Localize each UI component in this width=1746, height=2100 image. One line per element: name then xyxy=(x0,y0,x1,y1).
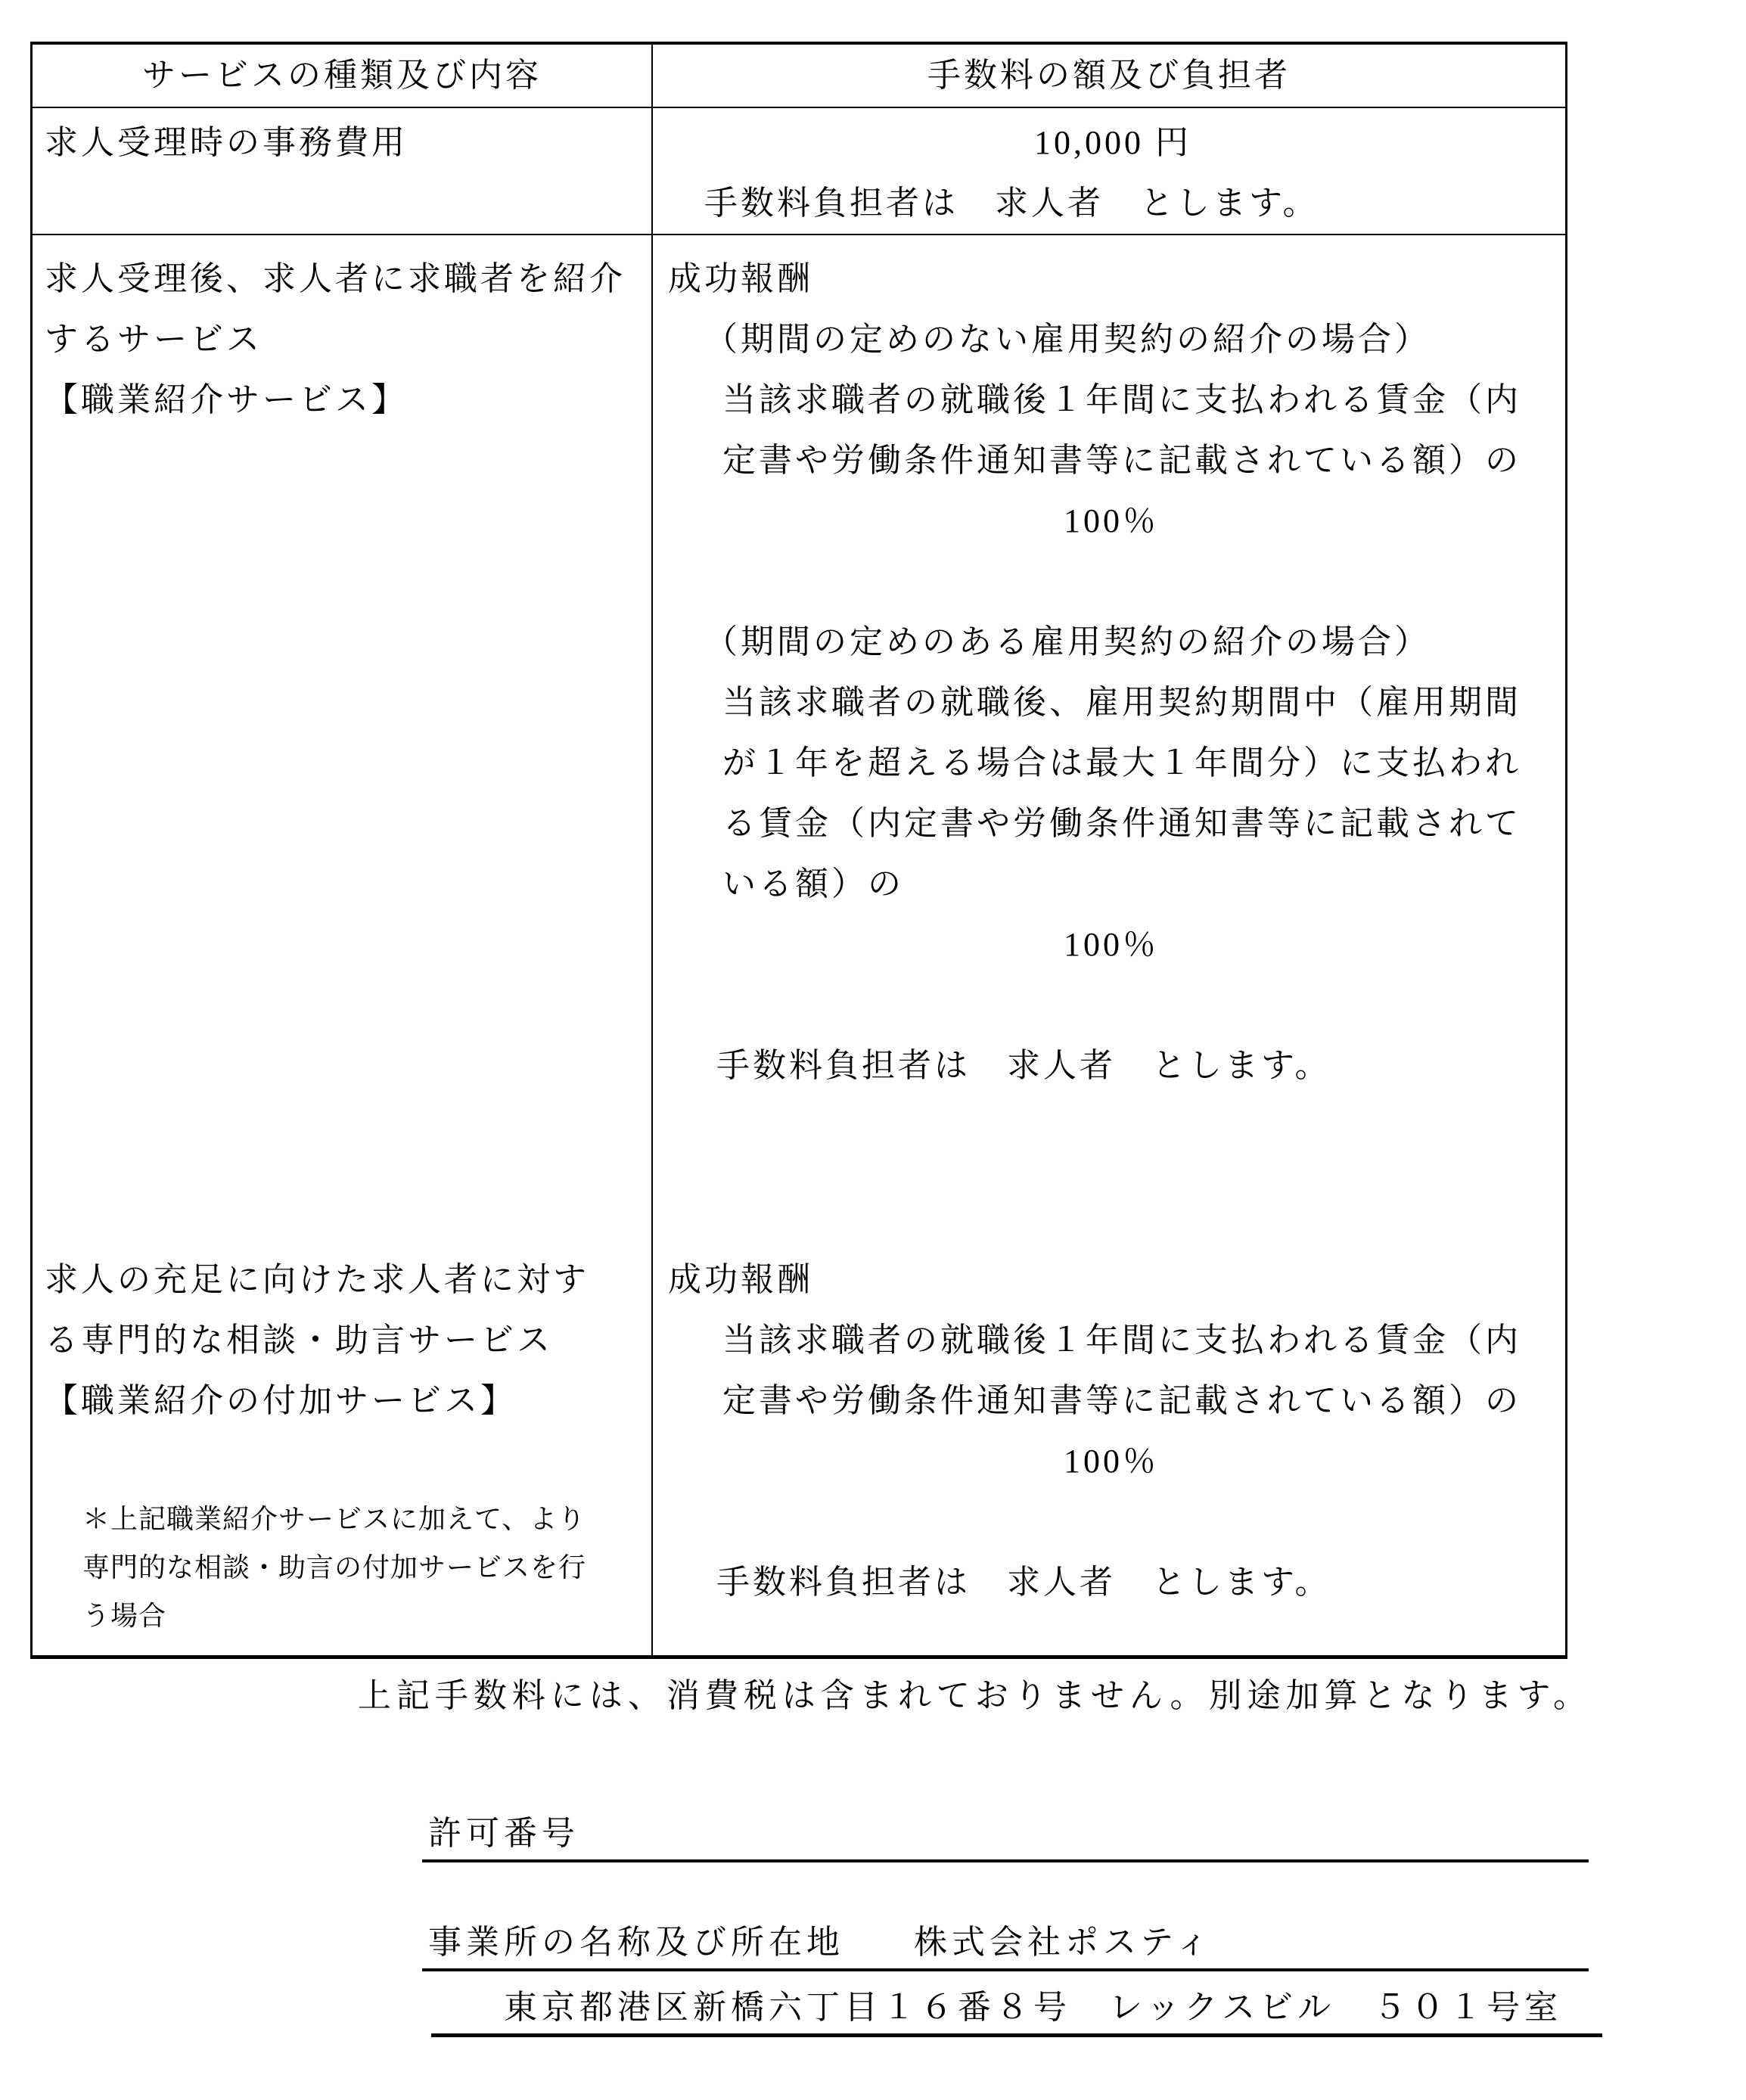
company-name: 株式会社ポスティ xyxy=(914,1924,1213,1961)
fee-table: サービスの種類及び内容 手数料の額及び負担者 求人受理時の事務費用 10,000… xyxy=(30,42,1567,1659)
fee2-block: 成功報酬 当該求職者の就職後１年間に支払われる賃金（内 定書や労働条件通知書等に… xyxy=(668,1250,1555,1613)
service1-line: 求人受理後、求人者に求職者を紹介 xyxy=(45,249,644,309)
fee1-case2-line: が１年を超える場合は最大１年間分）に支払われ xyxy=(668,733,1555,794)
spacer xyxy=(668,551,1555,612)
service1-line: するサービス xyxy=(45,309,644,370)
row1-fee-cell: 10,000 円 手数料負担者は 求人者 とします。 xyxy=(653,108,1565,235)
tax-note: 上記手数料には、消費税は含まれておりません。別途加算となります。 xyxy=(358,1673,1592,1719)
fee2-line: 当該求職者の就職後１年間に支払われる賃金（内 xyxy=(668,1310,1555,1371)
fee1-case2-rate: 100％ xyxy=(668,915,1555,975)
row1-fee-payer: 手数料負担者は 求人者 とします。 xyxy=(668,173,1558,234)
fee-schedule-document: サービスの種類及び内容 手数料の額及び負担者 求人受理時の事務費用 10,000… xyxy=(0,0,1746,2100)
service1-line: 【職業紹介サービス】 xyxy=(45,370,644,430)
fee1-case2-line: 当該求職者の就職後、雇用契約期間中（雇用期間 xyxy=(668,673,1555,733)
fee1-case1-line: 定書や労働条件通知書等に記載されている額）の xyxy=(668,430,1555,491)
fee1-heading: 成功報酬 xyxy=(668,249,1555,309)
table-header-service-type: サービスの種類及び内容 xyxy=(33,45,653,108)
fee1-case2-line: る賃金（内定書や労働条件通知書等に記載されて xyxy=(668,794,1555,854)
spacer xyxy=(668,1492,1555,1552)
service2-note-line: ＊上記職業紹介サービスに加えて、より xyxy=(82,1495,644,1543)
office-name-field: 事業所の名称及び所在地株式会社ポスティ xyxy=(422,1923,1589,1971)
service2-line: 求人の充足に向けた求人者に対す xyxy=(45,1250,644,1310)
fee2-heading: 成功報酬 xyxy=(668,1250,1555,1310)
header-service-type-label: サービスの種類及び内容 xyxy=(142,45,542,106)
office-address-field: 東京都港区新橋六丁目１６番８号 レックスビル ５０１号室 xyxy=(431,1988,1602,2037)
fee2-line: 定書や労働条件通知書等に記載されている額）の xyxy=(668,1371,1555,1431)
spacer xyxy=(668,975,1555,1036)
service1-block: 求人受理後、求人者に求職者を紹介 するサービス 【職業紹介サービス】 xyxy=(45,249,644,430)
fee1-payer: 手数料負担者は 求人者 とします。 xyxy=(668,1036,1555,1096)
office-name-label: 事業所の名称及び所在地 xyxy=(428,1924,844,1961)
fee2-payer: 手数料負担者は 求人者 とします。 xyxy=(668,1552,1555,1613)
license-number-field: 許可番号 xyxy=(422,1814,1589,1862)
service2-line: る専門的な相談・助言サービス xyxy=(45,1310,644,1371)
table-header-fee: 手数料の額及び負担者 xyxy=(653,45,1565,108)
row2-service-cell: 求人受理後、求人者に求職者を紹介 するサービス 【職業紹介サービス】 求人の充足… xyxy=(33,235,653,1655)
fee1-case2-label: （期間の定めのある雇用契約の紹介の場合） xyxy=(668,612,1555,673)
service2-note-line: 専門的な相談・助言の付加サービスを行 xyxy=(82,1543,644,1592)
service2-line: 【職業紹介の付加サービス】 xyxy=(45,1371,644,1431)
service2-block: 求人の充足に向けた求人者に対す る専門的な相談・助言サービス 【職業紹介の付加サ… xyxy=(45,1250,644,1431)
office-address: 東京都港区新橋六丁目１６番８号 レックスビル ５０１号室 xyxy=(504,1989,1562,2026)
fee1-case1-line: 当該求職者の就職後１年間に支払われる賃金（内 xyxy=(668,370,1555,430)
row1-service-name: 求人受理時の事務費用 xyxy=(45,113,644,173)
fee2-rate: 100％ xyxy=(668,1431,1555,1492)
header-fee-label: 手数料の額及び負担者 xyxy=(927,45,1291,106)
row1-service-cell: 求人受理時の事務費用 xyxy=(33,108,653,235)
fee1-block: 成功報酬 （期間の定めのない雇用契約の紹介の場合） 当該求職者の就職後１年間に支… xyxy=(668,249,1555,1096)
license-number-label: 許可番号 xyxy=(428,1815,579,1852)
row1-fee-amount: 10,000 円 xyxy=(668,113,1558,173)
service2-note-block: ＊上記職業紹介サービスに加えて、より 専門的な相談・助言の付加サービスを行 う場… xyxy=(82,1495,644,1640)
fee1-case1-label: （期間の定めのない雇用契約の紹介の場合） xyxy=(668,309,1555,370)
fee1-case1-rate: 100％ xyxy=(668,491,1555,551)
fee1-case2-line: いる額）の xyxy=(668,854,1555,915)
service2-note-line: う場合 xyxy=(82,1592,644,1640)
row2-fee-cell: 成功報酬 （期間の定めのない雇用契約の紹介の場合） 当該求職者の就職後１年間に支… xyxy=(653,235,1565,1655)
